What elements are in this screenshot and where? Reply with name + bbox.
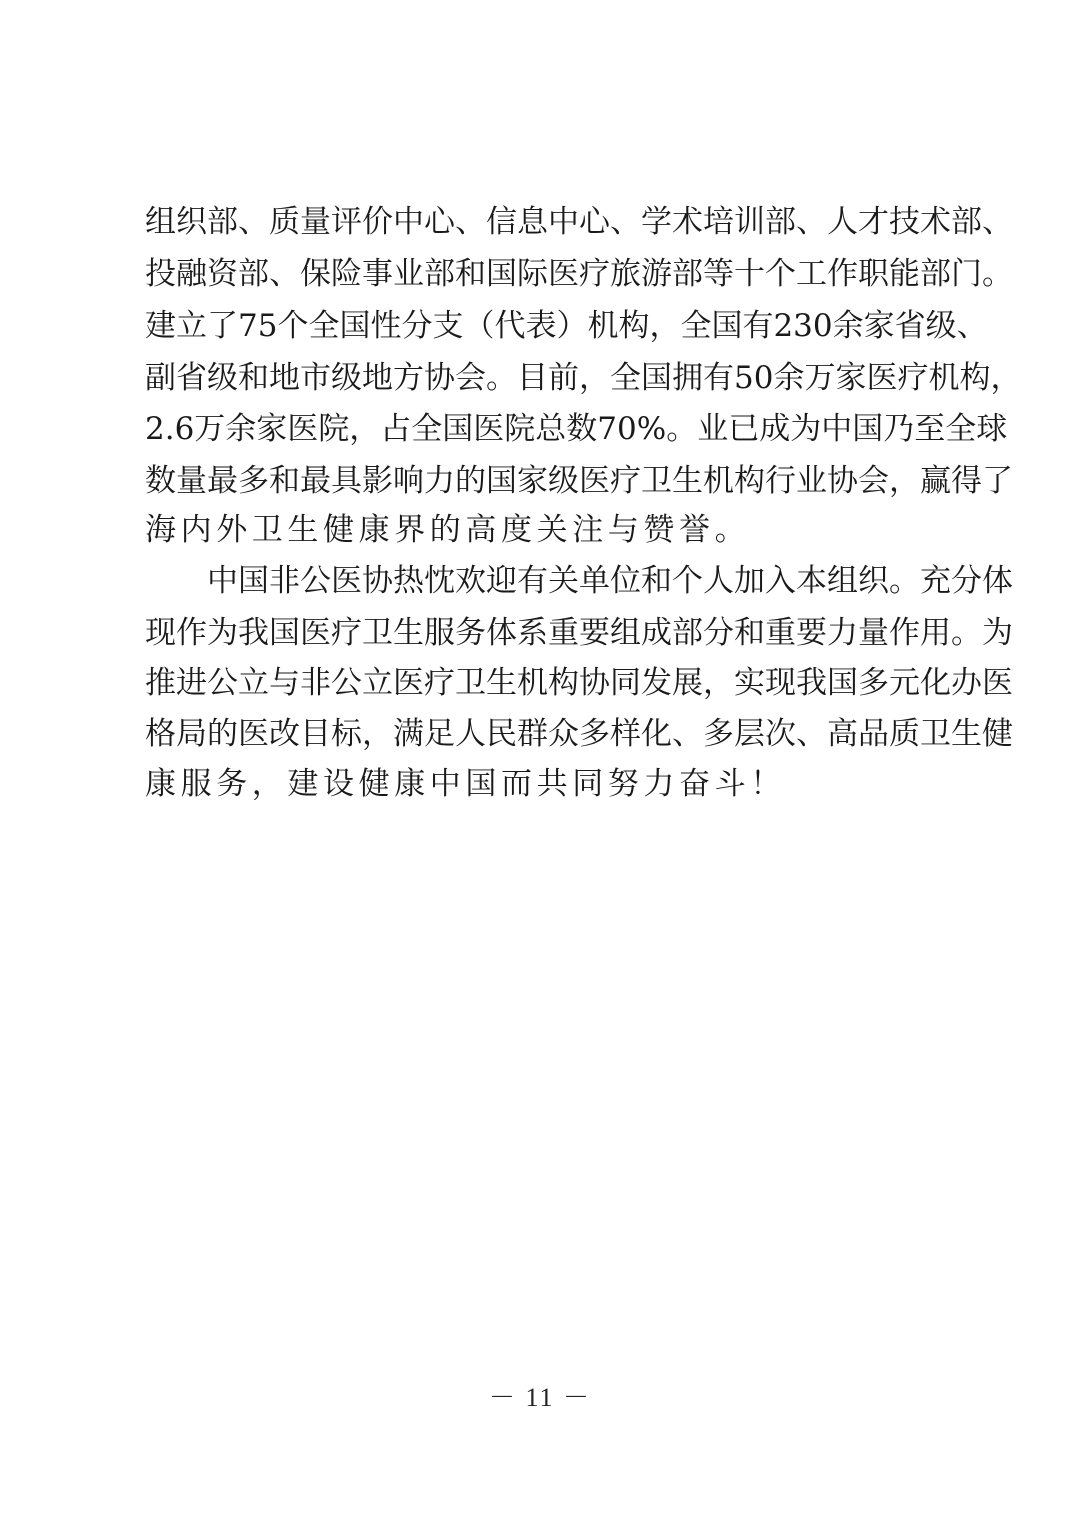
text-line: 格局的医改目标，满足人民群众多样化、多层次、高品质卫生健 [145,714,947,754]
text-line: 副省级和地市级地方协会。目前，全国拥有50余万家医疗机构， [145,358,947,398]
text-line: 海内外卫生健康界的高度关注与赞誉。 [145,510,947,550]
text-line: 建立了75个全国性分支（代表）机构，全国有230余家省级、 [145,306,947,346]
document-page: 组织部、质量评价中心、信息中心、学术培训部、人才技术部、 投融资部、保险事业部和… [0,0,1080,1527]
text-line: 组织部、质量评价中心、信息中心、学术培训部、人才技术部、 [145,202,947,242]
text-line: 投融资部、保险事业部和国际医疗旅游部等十个工作职能部门。 [145,254,947,294]
text-line: 现作为我国医疗卫生服务体系重要组成部分和重要力量作用。为 [145,613,947,653]
text-line: 数量最多和最具影响力的国家级医疗卫生机构行业协会，赢得了 [145,461,947,501]
text-line: 中国非公医协热忱欢迎有关单位和个人加入本组织。充分体 [207,561,947,601]
page-number: － 11 － [0,1383,1080,1413]
text-line: 推进公立与非公立医疗卫生机构协同发展，实现我国多元化办医 [145,663,947,703]
text-line: 2.6万余家医院，占全国医院总数70%。业已成为中国乃至全球 [145,409,947,449]
text-line: 康服务，建设健康中国而共同努力奋斗！ [145,764,947,804]
